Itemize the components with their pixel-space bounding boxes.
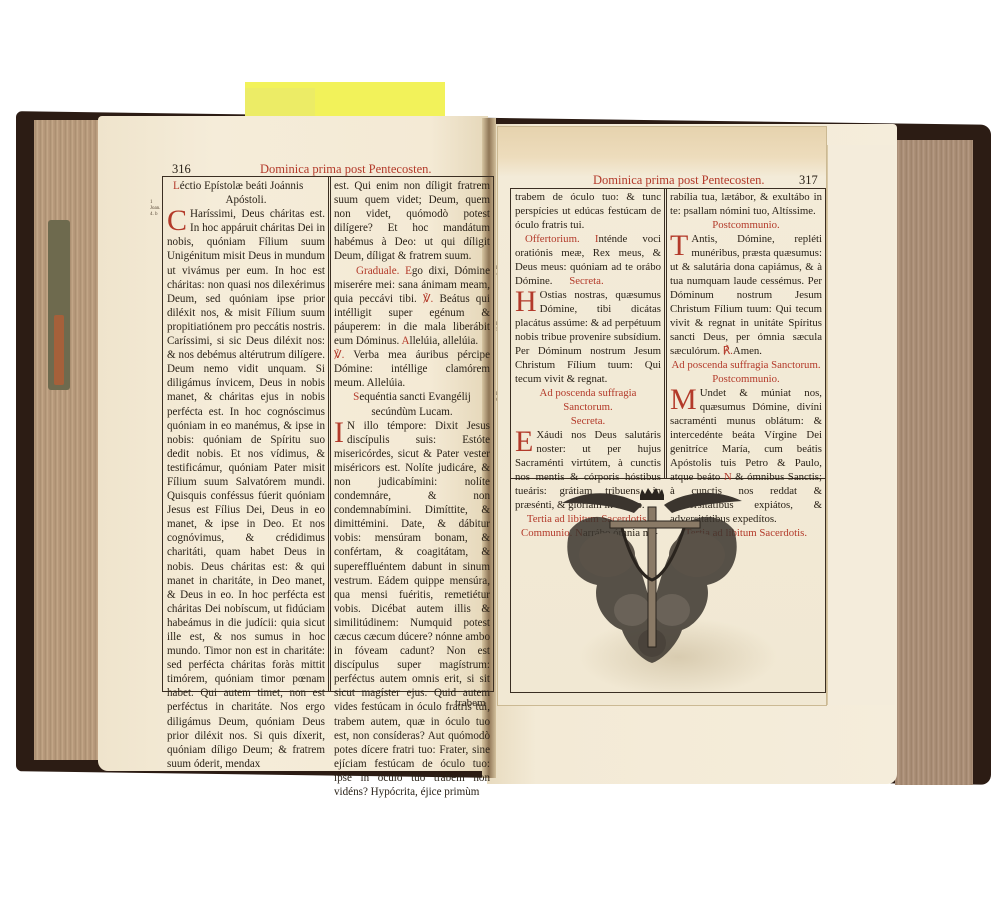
right-column-rule — [664, 188, 667, 478]
secret-label: Secreta. — [555, 275, 603, 287]
versicle-mark: ℣. — [334, 349, 344, 361]
response-text: Amen. — [733, 345, 762, 357]
headband — [48, 220, 70, 390]
suffrage-heading: Ad poscenda suffragia Sanctorum. — [515, 386, 661, 414]
alleluia-initial: A — [402, 335, 410, 347]
page-number: 316 — [172, 162, 191, 176]
drop-cap: H — [515, 289, 537, 315]
catchword: trabem — [455, 697, 486, 709]
suffrage-heading: Ad poscenda suffragia Sanctorum. — [670, 358, 822, 372]
blank-leaf — [827, 145, 895, 705]
woodcut-ornament-icon — [552, 485, 752, 665]
running-title: Dominica prima post Pentecosten. — [260, 162, 432, 177]
drop-cap: M — [670, 387, 697, 413]
drop-cap: I — [334, 420, 344, 446]
sticky-note-fold — [245, 88, 315, 118]
secret-label: Secreta. — [515, 414, 661, 428]
right-page-edges — [895, 140, 973, 785]
ribbon-marker — [54, 315, 64, 385]
secret-text: Ostias nostras, quæsumus Dómine, tibi di… — [515, 289, 661, 385]
response-mark: ℟. — [723, 345, 733, 357]
gospel-heading: equéntia sancti Evangélij — [359, 391, 471, 403]
gradual-label: Graduale. — [356, 265, 399, 277]
communion-text-cont: rabília tua, lætábor, & exultábo in te: … — [670, 190, 822, 218]
epistle-heading: éctio Epístolæ beáti Joánnis — [180, 180, 304, 192]
alleluia-text: llelúia, allelúia. — [410, 335, 479, 347]
offertory-label: Offertorium. — [525, 233, 580, 245]
gradual-initial: E — [405, 265, 412, 277]
drop-cap: C — [167, 208, 187, 234]
gospel-heading-line2: secúndùm Lucam. — [334, 405, 490, 419]
page-number: 317 — [799, 173, 818, 188]
running-title: Dominica prima post Pentecosten. — [593, 173, 765, 188]
drop-cap: E — [515, 429, 533, 455]
heading-initial: L — [173, 180, 180, 192]
epistle-text-cont: est. Qui enim non díligit fratrem suum q… — [334, 179, 490, 264]
left-column-rule — [328, 176, 331, 692]
left-column-1: Léctio Epístolæ beáti Joánnis Apóstoli. … — [167, 179, 325, 771]
versicle-text: Verba mea áuribus pércipe Dómine: intéll… — [334, 349, 490, 389]
gospel-text: N illo témpore: Dixit Jesus discípulis s… — [334, 420, 490, 798]
epistle-heading-line2: Apóstoli. — [167, 193, 325, 207]
sticky-note-bookmark — [245, 82, 445, 118]
name-mark: N — [724, 471, 732, 483]
versicle-mark: ℣. — [423, 293, 433, 305]
postcommunion-label: Postcommunio. — [670, 218, 822, 232]
epistle-text: Haríssimi, Deus cháritas est. In hoc app… — [167, 208, 325, 770]
drop-cap: T — [670, 233, 688, 259]
margin-note: 1 Joan. 4. b — [150, 200, 162, 218]
postcommunion-text: Antis, Dómine, repléti munéribus, præsta… — [670, 233, 822, 357]
gospel-text-cont: trabem de óculo tuo: & tunc perspícies u… — [515, 190, 661, 232]
left-running-head: 316 Dominica prima post Pentecosten. — [172, 162, 492, 177]
